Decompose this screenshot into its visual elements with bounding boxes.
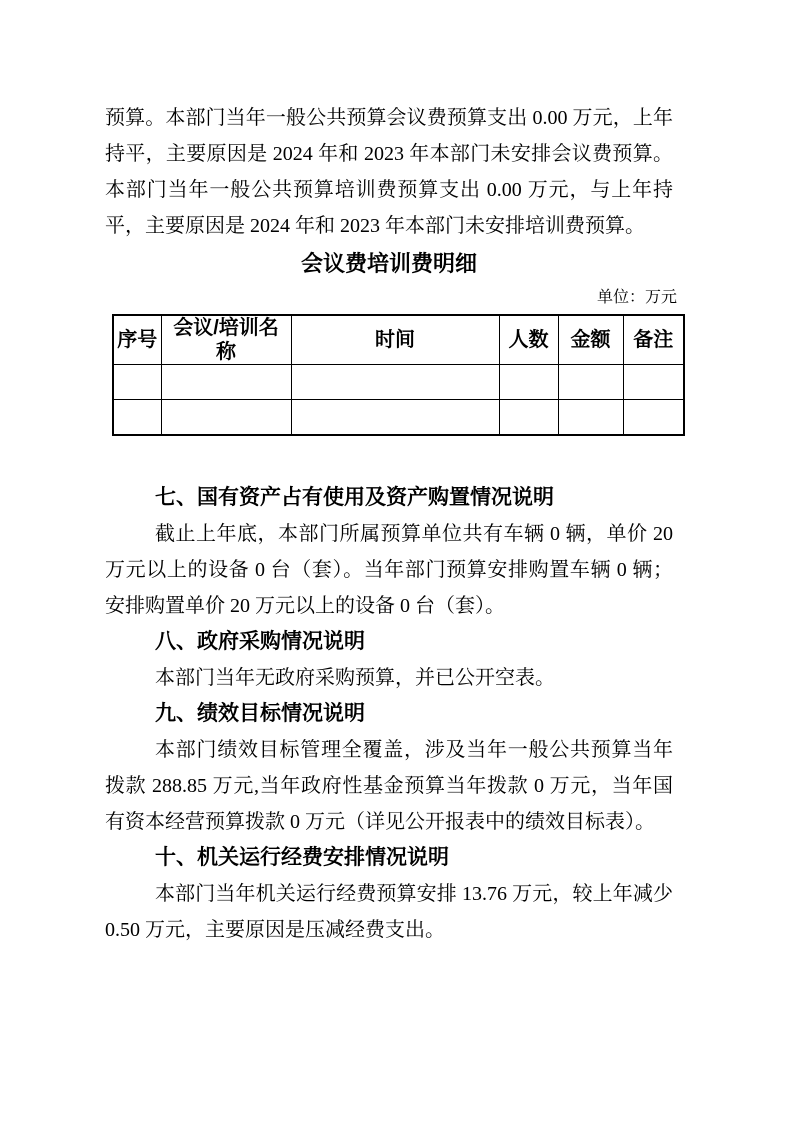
table-cell: [291, 400, 499, 436]
section-government-procurement: 八、政府采购情况说明 本部门当年无政府采购预算，并已公开空表。: [105, 624, 673, 696]
document-content: 预算。本部门当年一般公共预算会议费预算支出 0.00 万元，上年持平，主要原因是…: [105, 100, 673, 948]
meeting-training-table: 序号 会议/培训名称 时间 人数 金额 备注: [112, 314, 685, 436]
table-cell: [558, 400, 623, 436]
intro-paragraph: 预算。本部门当年一般公共预算会议费预算支出 0.00 万元，上年持平，主要原因是…: [105, 100, 673, 244]
section-performance-targets-heading: 九、绩效目标情况说明: [105, 696, 673, 732]
section-state-assets-heading: 七、国有资产占有使用及资产购置情况说明: [105, 480, 673, 516]
col-header-people-count: 人数: [499, 315, 558, 365]
table-cell: [161, 400, 291, 436]
section-performance-targets: 九、绩效目标情况说明 本部门绩效目标管理全覆盖，涉及当年一般公共预算当年拨款 2…: [105, 696, 673, 840]
table-header-row: 序号 会议/培训名称 时间 人数 金额 备注: [113, 315, 684, 365]
section-state-assets-paragraph: 截止上年底，本部门所属预算单位共有车辆 0 辆，单价 20 万元以上的设备 0 …: [105, 516, 673, 624]
section-operating-expenses-heading: 十、机关运行经费安排情况说明: [105, 840, 673, 876]
table-cell: [161, 365, 291, 400]
section-operating-expenses-paragraph: 本部门当年机关运行经费预算安排 13.76 万元，较上年减少 0.50 万元，主…: [105, 876, 673, 948]
table-title: 会议费培训费明细: [105, 250, 673, 278]
table-cell: [291, 365, 499, 400]
section-state-assets: 七、国有资产占有使用及资产购置情况说明 截止上年底，本部门所属预算单位共有车辆 …: [105, 480, 673, 624]
table-cell: [113, 365, 161, 400]
table-row: [113, 365, 684, 400]
col-header-time: 时间: [291, 315, 499, 365]
table-cell: [558, 365, 623, 400]
table-cell: [623, 365, 684, 400]
col-header-amount: 金额: [558, 315, 623, 365]
document-page: 预算。本部门当年一般公共预算会议费预算支出 0.00 万元，上年持平，主要原因是…: [0, 0, 793, 1122]
col-header-remarks: 备注: [623, 315, 684, 365]
unit-label: 单位：万元: [112, 288, 683, 308]
table-cell: [499, 365, 558, 400]
table-cell: [499, 400, 558, 436]
section-operating-expenses: 十、机关运行经费安排情况说明 本部门当年机关运行经费预算安排 13.76 万元，…: [105, 840, 673, 948]
section-performance-targets-paragraph: 本部门绩效目标管理全覆盖，涉及当年一般公共预算当年拨款 288.85 万元,当年…: [105, 732, 673, 840]
col-header-meeting-training-name: 会议/培训名称: [161, 315, 291, 365]
section-government-procurement-paragraph: 本部门当年无政府采购预算，并已公开空表。: [105, 660, 673, 696]
col-header-serial-number: 序号: [113, 315, 161, 365]
table-cell: [623, 400, 684, 436]
section-government-procurement-heading: 八、政府采购情况说明: [105, 624, 673, 660]
table-row: [113, 400, 684, 436]
table-cell: [113, 400, 161, 436]
